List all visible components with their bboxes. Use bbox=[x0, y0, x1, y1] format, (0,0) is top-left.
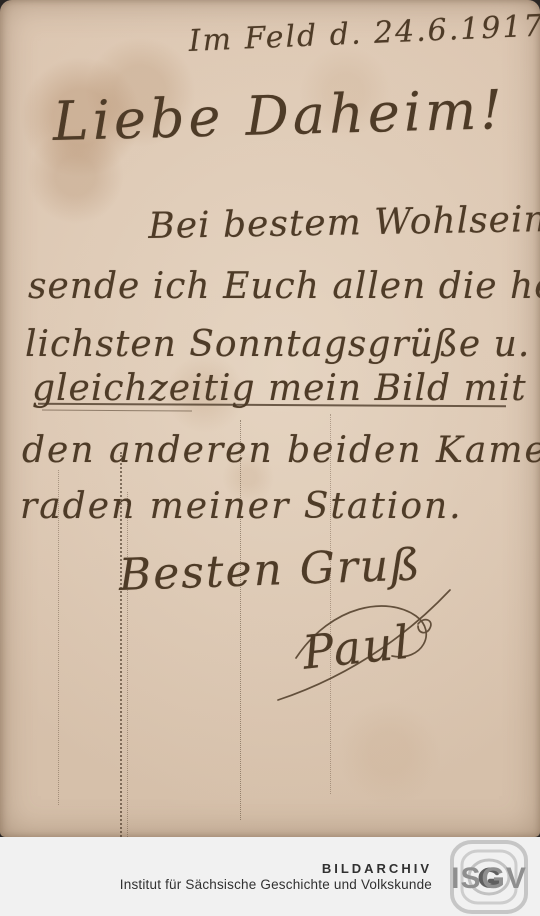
isgv-logo-text: ISGV bbox=[451, 862, 527, 895]
ink-underline bbox=[42, 409, 192, 411]
isgv-logo: ISGV bbox=[448, 839, 530, 915]
archive-caption-bar: BILDARCHIV Institut für Sächsische Gesch… bbox=[0, 837, 540, 916]
postcard: Im Feld d. 24.6.1917. Liebe Daheim! Bei … bbox=[0, 0, 540, 837]
greeting-line: Liebe Daheim! bbox=[52, 78, 507, 153]
signature-name: Paul bbox=[300, 615, 414, 680]
handwritten-line: lichsten Sonntagsgrüße u. bbox=[25, 324, 530, 365]
handwritten-line: sende ich Euch allen die her- bbox=[28, 266, 540, 307]
fold-line bbox=[240, 420, 241, 820]
institute-name: Institut für Sächsische Geschichte und V… bbox=[120, 877, 432, 893]
fold-line bbox=[127, 492, 128, 837]
handwritten-line: den anderen beiden Kame- bbox=[22, 430, 540, 471]
date-line: Im Feld d. 24.6.1917. bbox=[188, 8, 540, 59]
handwritten-line: raden meiner Station. bbox=[20, 486, 463, 527]
postcard-scan: Im Feld d. 24.6.1917. Liebe Daheim! Bei … bbox=[0, 0, 540, 916]
archive-label: BILDARCHIV bbox=[120, 861, 432, 876]
handwritten-line: Bei bestem Wohlsein bbox=[148, 199, 540, 247]
